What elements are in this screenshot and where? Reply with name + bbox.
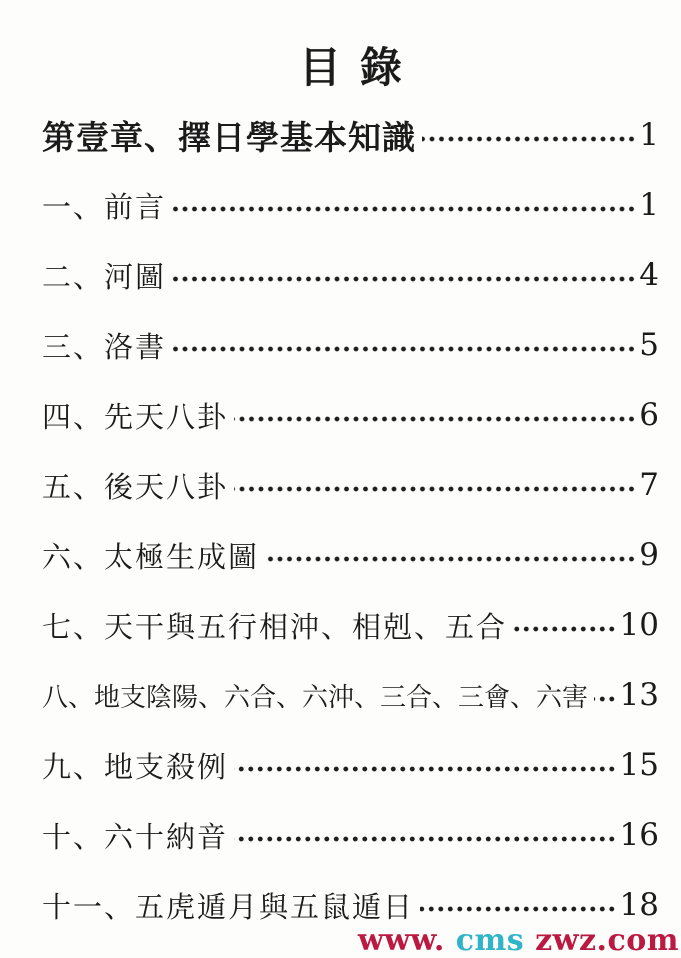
- toc-entry-page: 4: [639, 257, 659, 293]
- toc-entry-page: 1: [639, 117, 659, 153]
- dot-leader: [265, 556, 636, 562]
- toc-entry: 九、地支殺例 15: [42, 730, 659, 800]
- toc-entry-label: 四、先天八卦: [42, 395, 228, 436]
- toc-entry-label: 三、洛書: [42, 325, 166, 366]
- toc-entry: 五、後天八卦 7: [42, 450, 659, 520]
- toc-entry: 十、六十納音 16: [42, 800, 659, 870]
- toc-entry: 二、河圖 4: [42, 240, 659, 310]
- toc-entry: 四、先天八卦 6: [42, 380, 659, 450]
- dot-leader: [420, 906, 617, 912]
- dot-leader: [172, 346, 636, 352]
- dot-leader: [234, 836, 617, 842]
- toc-list: 第壹章、擇日學基本知識 1 一、前言 1 二、河圖 4 三、洛書 5 四、先天八…: [42, 100, 659, 940]
- toc-entry: 六、太極生成圖 9: [42, 520, 659, 590]
- dot-leader: [594, 696, 617, 702]
- toc-entry-page: 15: [620, 747, 659, 783]
- dot-leader: [513, 626, 617, 632]
- toc-entry-page: 13: [620, 677, 659, 713]
- toc-entry-label: 十一、五虎遁月與五鼠遁日: [42, 885, 414, 926]
- toc-entry-label: 九、地支殺例: [42, 745, 228, 786]
- toc-entry: 八、地支陰陽、六合、六沖、三合、三會、六害 13: [42, 660, 659, 730]
- toc-entry-page: 7: [639, 467, 659, 503]
- toc-entry-label: 一、前言: [42, 185, 166, 226]
- toc-entry-label: 六、太極生成圖: [42, 535, 259, 576]
- toc-entry-label: 八、地支陰陽、六合、六沖、三合、三會、六害: [42, 677, 588, 714]
- watermark-part: zwz.com: [535, 923, 679, 958]
- toc-entry-label: 十、六十納音: [42, 815, 228, 856]
- toc-entry-page: 10: [620, 607, 659, 643]
- watermark-part: cms: [456, 923, 524, 958]
- toc-entry-label: 二、河圖: [42, 255, 166, 296]
- dot-leader: [422, 136, 636, 142]
- toc-entry: 第壹章、擇日學基本知識 1: [42, 100, 659, 170]
- toc-entry-label: 五、後天八卦: [42, 465, 228, 506]
- toc-entry-page: 6: [639, 397, 659, 433]
- dot-leader: [234, 766, 617, 772]
- toc-entry-label: 七、天干與五行相沖、相剋、五合: [42, 605, 507, 646]
- dot-leader: [172, 206, 636, 212]
- toc-entry-page: 18: [620, 887, 659, 923]
- toc-entry: 三、洛書 5: [42, 310, 659, 380]
- dot-leader: [234, 486, 636, 492]
- toc-entry-page: 5: [639, 327, 659, 363]
- toc-entry: 七、天干與五行相沖、相剋、五合 10: [42, 590, 659, 660]
- watermark-part: www.: [358, 923, 445, 958]
- toc-entry-label: 第壹章、擇日學基本知識: [42, 112, 416, 159]
- watermark-url: www. cms zwz.com: [358, 924, 679, 958]
- dot-leader: [234, 416, 636, 422]
- toc-entry-page: 9: [639, 537, 659, 573]
- toc-entry: 一、前言 1: [42, 170, 659, 240]
- scanned-toc-page: 目錄 第壹章、擇日學基本知識 1 一、前言 1 二、河圖 4 三、洛書 5 四、…: [0, 0, 681, 958]
- toc-entry-page: 1: [639, 187, 659, 223]
- dot-leader: [172, 276, 636, 282]
- toc-entry-page: 16: [620, 817, 659, 853]
- page-title: 目錄: [42, 42, 659, 94]
